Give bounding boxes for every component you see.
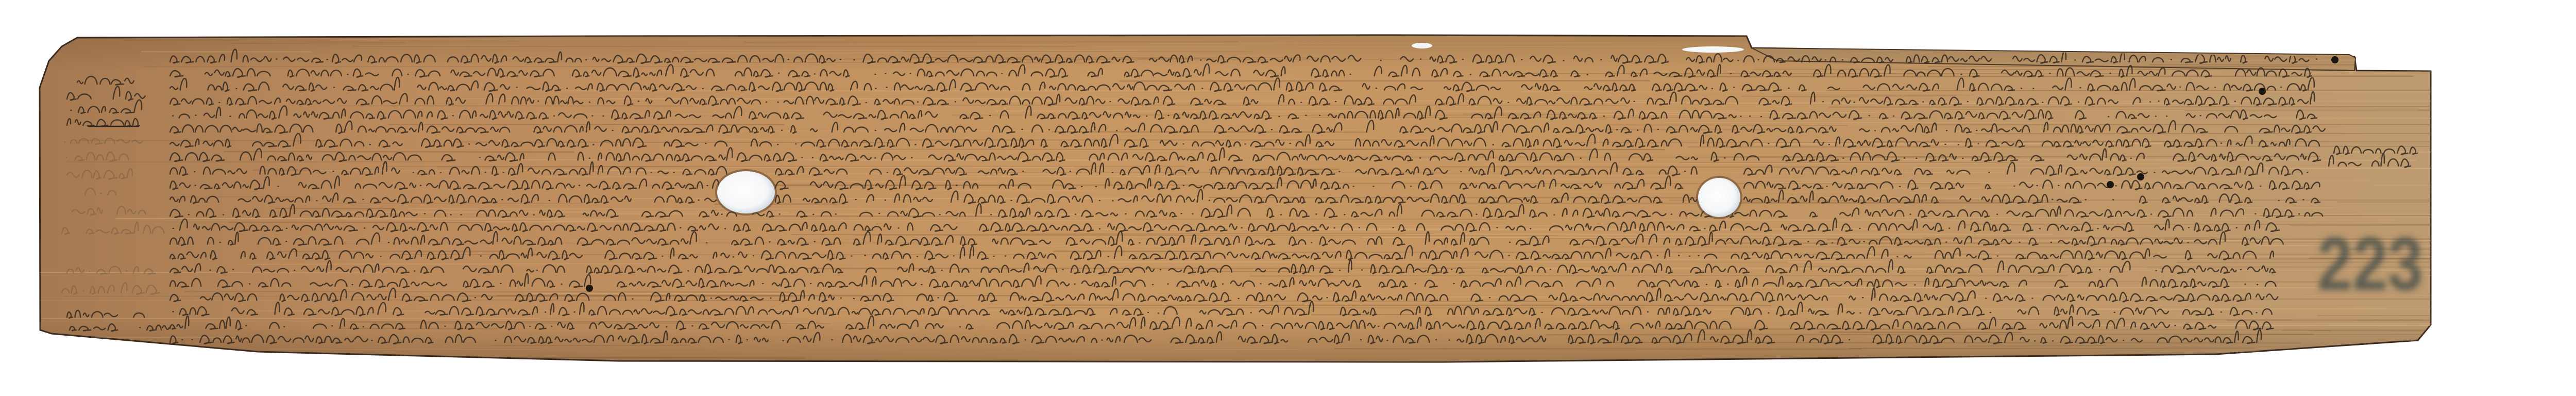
handwritten-leaf-number: 223	[2317, 222, 2423, 306]
svg-text:223: 223	[2317, 222, 2423, 306]
manuscript-scan: 223	[0, 0, 2576, 396]
palm-leaf: 223	[0, 31, 2576, 366]
